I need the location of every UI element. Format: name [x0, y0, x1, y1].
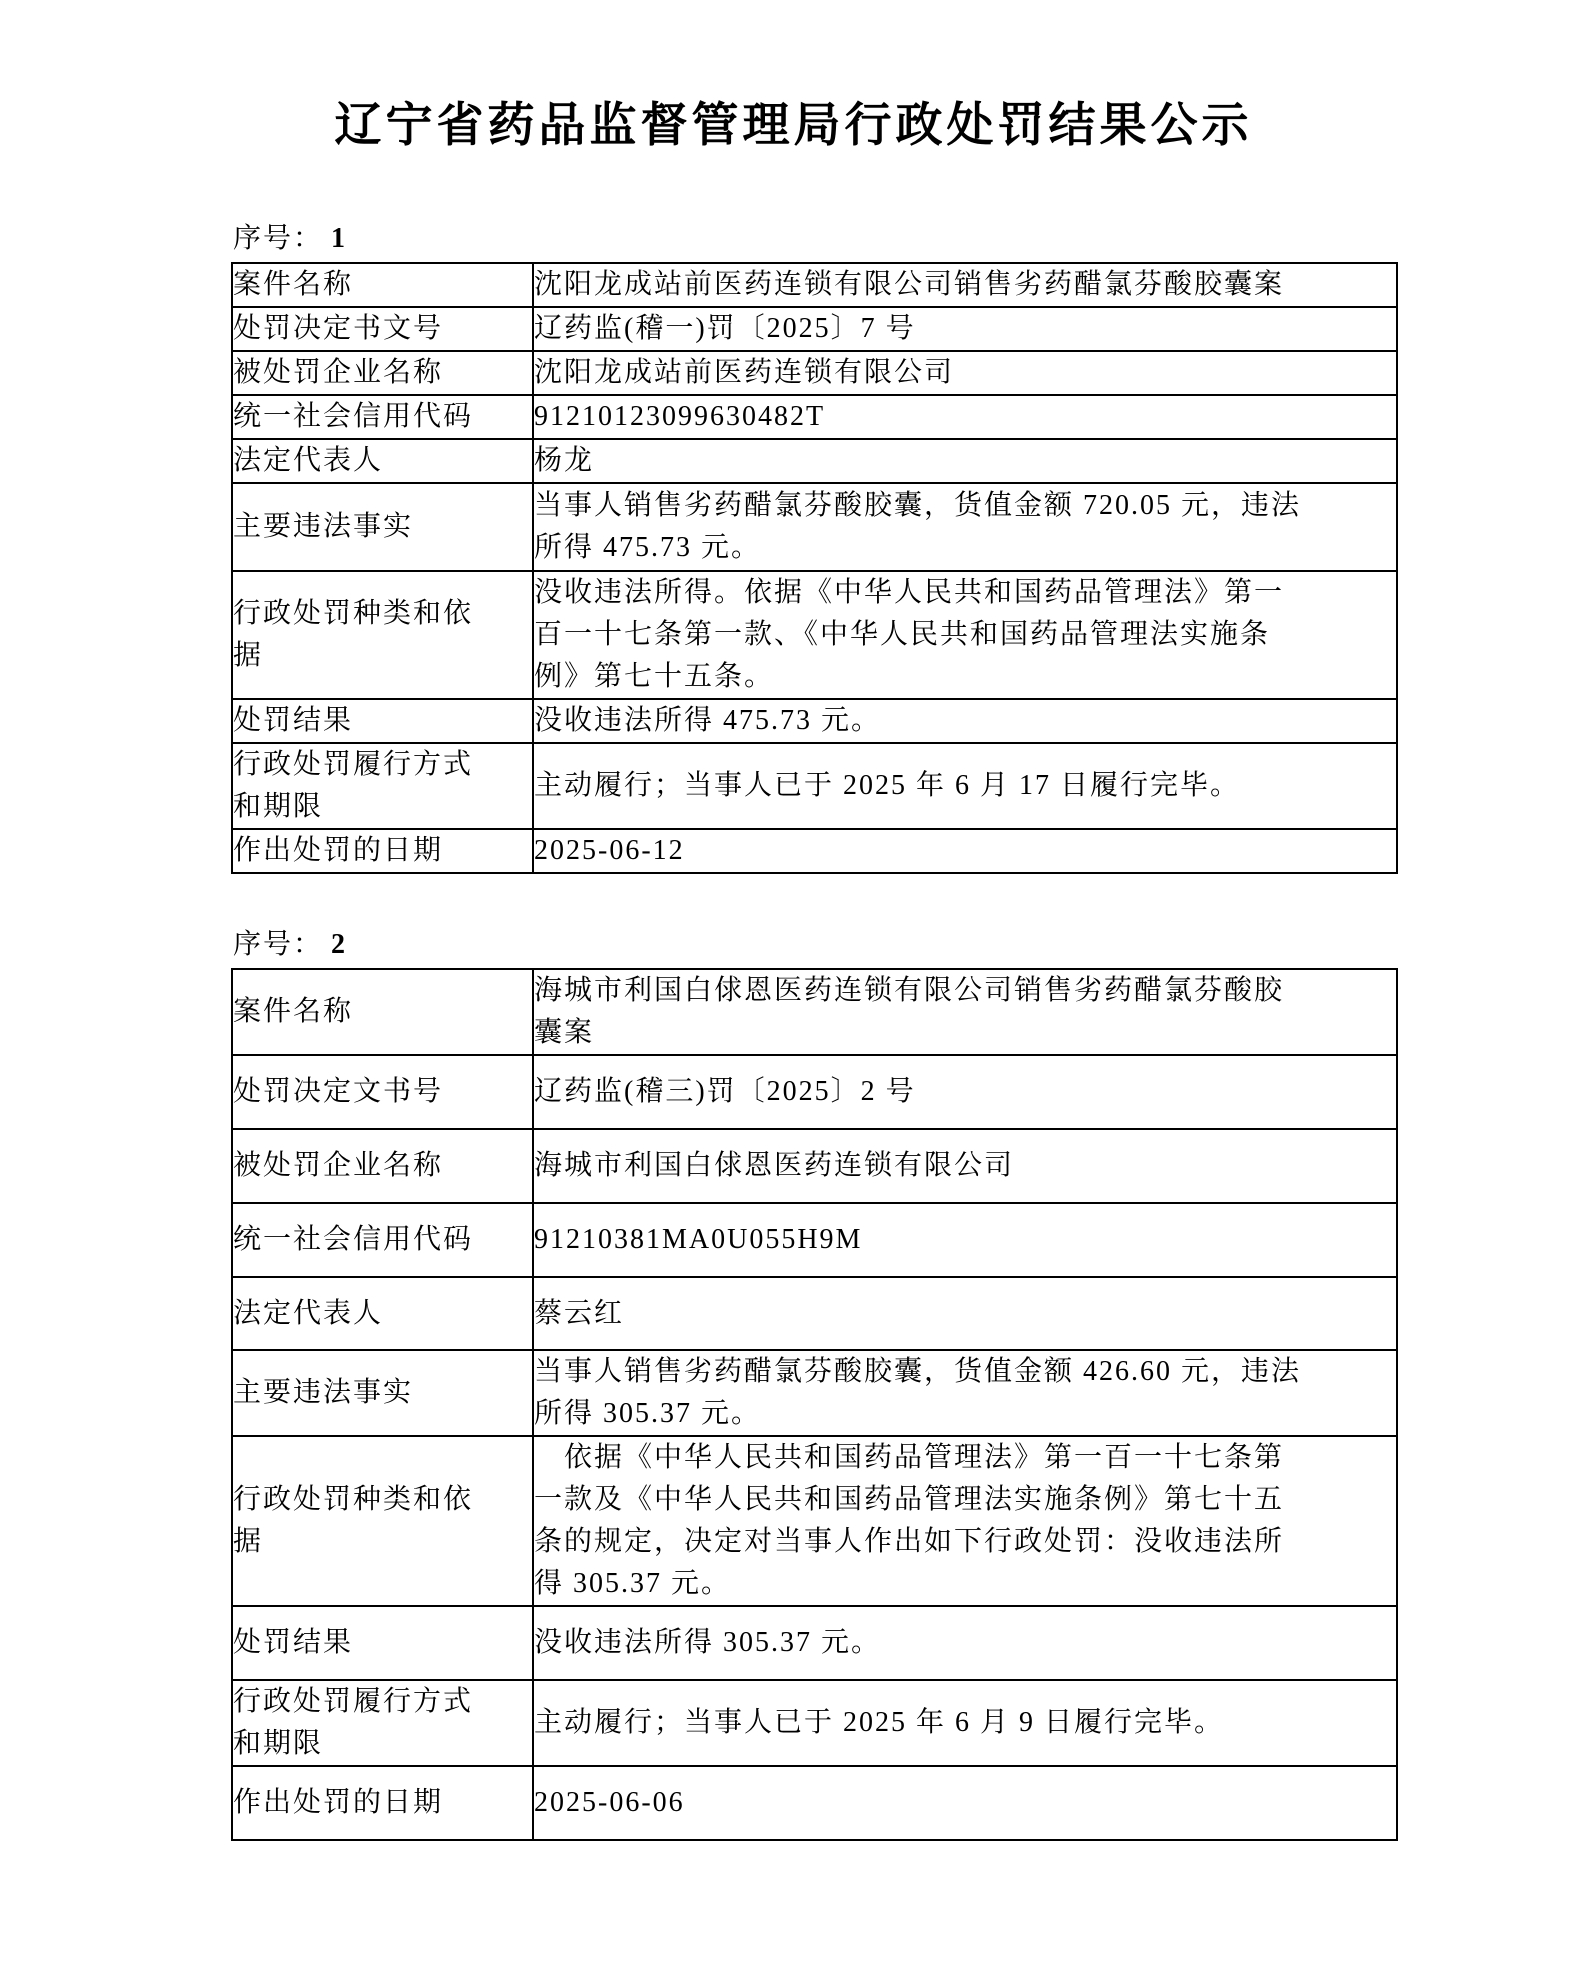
row-label: 处罚决定书文号	[232, 307, 533, 351]
table-row: 被处罚企业名称 海城市利国白俅恩医药连锁有限公司	[232, 1129, 1397, 1203]
table-row: 处罚结果 没收违法所得 305.37 元。	[232, 1606, 1397, 1680]
table-row: 行政处罚履行方式 和期限 主动履行；当事人已于 2025 年 6 月 17 日履…	[232, 743, 1397, 829]
table-row: 处罚结果 没收违法所得 475.73 元。	[232, 699, 1397, 743]
table-row: 被处罚企业名称 沈阳龙成站前医药连锁有限公司	[232, 351, 1397, 395]
row-label: 法定代表人	[232, 439, 533, 483]
row-value: 91210123099630482T	[533, 395, 1397, 439]
table-row: 作出处罚的日期 2025-06-12	[232, 829, 1397, 873]
table-row: 行政处罚种类和依 据 依据《中华人民共和国药品管理法》第一百一十七条第 一款及《…	[232, 1436, 1397, 1606]
document-page: 辽宁省药品监督管理局行政处罚结果公示 序号：1 案件名称 沈阳龙成站前医药连锁有…	[0, 0, 1587, 1968]
row-label: 统一社会信用代码	[232, 395, 533, 439]
table-row: 处罚决定书文号 辽药监(稽一)罚〔2025〕7 号	[232, 307, 1397, 351]
serial-prefix: 序号：	[233, 929, 323, 960]
row-label: 作出处罚的日期	[232, 1766, 533, 1840]
table-row: 作出处罚的日期 2025-06-06	[232, 1766, 1397, 1840]
penalty-table-1: 案件名称 沈阳龙成站前医药连锁有限公司销售劣药醋氯芬酸胶囊案 处罚决定书文号 辽…	[231, 262, 1398, 874]
table-row: 处罚决定文书号 辽药监(稽三)罚〔2025〕2 号	[232, 1055, 1397, 1129]
row-value: 依据《中华人民共和国药品管理法》第一百一十七条第 一款及《中华人民共和国药品管理…	[533, 1436, 1397, 1606]
table-row: 统一社会信用代码 91210381MA0U055H9M	[232, 1203, 1397, 1277]
row-value: 海城市利国白俅恩医药连锁有限公司销售劣药醋氯芬酸胶 囊案	[533, 969, 1397, 1055]
table-row: 行政处罚种类和依 据 没收违法所得。依据《中华人民共和国药品管理法》第一 百一十…	[232, 571, 1397, 699]
serial-number: 1	[331, 223, 347, 254]
row-label: 法定代表人	[232, 1277, 533, 1350]
table-row: 行政处罚履行方式 和期限 主动履行；当事人已于 2025 年 6 月 9 日履行…	[232, 1680, 1397, 1766]
row-value: 主动履行；当事人已于 2025 年 6 月 17 日履行完毕。	[533, 743, 1397, 829]
penalty-table-2: 案件名称 海城市利国白俅恩医药连锁有限公司销售劣药醋氯芬酸胶 囊案 处罚决定文书…	[231, 968, 1398, 1841]
row-value: 海城市利国白俅恩医药连锁有限公司	[533, 1129, 1397, 1203]
row-value: 当事人销售劣药醋氯芬酸胶囊，货值金额 426.60 元，违法 所得 305.37…	[533, 1350, 1397, 1436]
row-label: 行政处罚履行方式 和期限	[232, 743, 533, 829]
row-value: 沈阳龙成站前医药连锁有限公司	[533, 351, 1397, 395]
table-row: 法定代表人 杨龙	[232, 439, 1397, 483]
table-row: 案件名称 沈阳龙成站前医药连锁有限公司销售劣药醋氯芬酸胶囊案	[232, 263, 1397, 307]
row-value: 没收违法所得 305.37 元。	[533, 1606, 1397, 1680]
row-label: 作出处罚的日期	[232, 829, 533, 873]
table-row: 主要违法事实 当事人销售劣药醋氯芬酸胶囊，货值金额 426.60 元，违法 所得…	[232, 1350, 1397, 1436]
row-label: 案件名称	[232, 969, 533, 1055]
row-label: 行政处罚种类和依 据	[232, 571, 533, 699]
row-value: 没收违法所得。依据《中华人民共和国药品管理法》第一 百一十七条第一款、《中华人民…	[533, 571, 1397, 699]
row-value: 辽药监(稽三)罚〔2025〕2 号	[533, 1055, 1397, 1129]
table-row: 主要违法事实 当事人销售劣药醋氯芬酸胶囊，货值金额 720.05 元，违法 所得…	[232, 483, 1397, 571]
row-label: 被处罚企业名称	[232, 1129, 533, 1203]
row-label: 行政处罚履行方式 和期限	[232, 1680, 533, 1766]
row-value: 沈阳龙成站前医药连锁有限公司销售劣药醋氯芬酸胶囊案	[533, 263, 1397, 307]
page-title: 辽宁省药品监督管理局行政处罚结果公示	[0, 0, 1587, 156]
table-row: 统一社会信用代码 91210123099630482T	[232, 395, 1397, 439]
row-label: 主要违法事实	[232, 1350, 533, 1436]
row-value: 91210381MA0U055H9M	[533, 1203, 1397, 1277]
row-value: 没收违法所得 475.73 元。	[533, 699, 1397, 743]
row-value: 蔡云红	[533, 1277, 1397, 1350]
row-value: 2025-06-06	[533, 1766, 1397, 1840]
row-value: 当事人销售劣药醋氯芬酸胶囊，货值金额 720.05 元，违法 所得 475.73…	[533, 483, 1397, 571]
row-value: 杨龙	[533, 439, 1397, 483]
row-label: 处罚结果	[232, 1606, 533, 1680]
serial-number-line-1: 序号：1	[233, 222, 1587, 256]
row-label: 处罚结果	[232, 699, 533, 743]
row-label: 案件名称	[232, 263, 533, 307]
table-row: 法定代表人 蔡云红	[232, 1277, 1397, 1350]
row-label: 统一社会信用代码	[232, 1203, 533, 1277]
row-value: 2025-06-12	[533, 829, 1397, 873]
row-label: 行政处罚种类和依 据	[232, 1436, 533, 1606]
row-label: 被处罚企业名称	[232, 351, 533, 395]
row-label: 处罚决定文书号	[232, 1055, 533, 1129]
serial-number-line-2: 序号：2	[233, 928, 1587, 962]
row-value: 辽药监(稽一)罚〔2025〕7 号	[533, 307, 1397, 351]
row-value: 主动履行；当事人已于 2025 年 6 月 9 日履行完毕。	[533, 1680, 1397, 1766]
serial-number: 2	[331, 929, 347, 960]
serial-prefix: 序号：	[233, 223, 323, 254]
table-row: 案件名称 海城市利国白俅恩医药连锁有限公司销售劣药醋氯芬酸胶 囊案	[232, 969, 1397, 1055]
row-label: 主要违法事实	[232, 483, 533, 571]
